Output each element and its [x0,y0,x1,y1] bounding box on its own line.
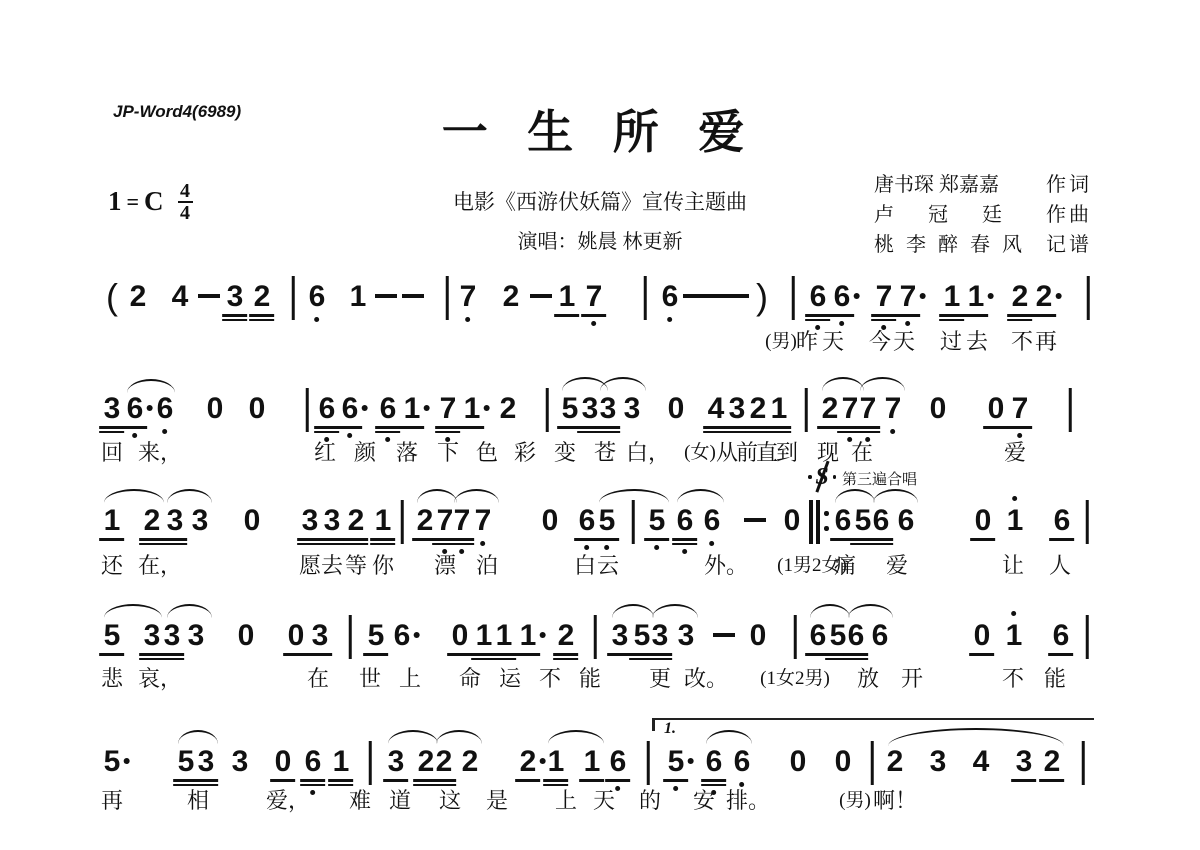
note-6: 6 [872,620,889,652]
note-digit: 4 [973,746,990,778]
note-digit: 3 [144,620,161,652]
note-digit: 6 [835,505,852,537]
note-digit: 1 [375,505,392,537]
note-0: 0 [249,393,266,425]
note-digit: 3 [600,393,617,425]
lyric: 今 [869,329,891,355]
note-digit: 6 [834,281,851,313]
note-1: 1 [944,281,961,313]
note-3: 3 [104,393,121,425]
note-1: 1 [1006,620,1023,652]
note-6: 6 [873,505,890,537]
note-digit: 7 [437,505,454,537]
note-2: 2 [144,505,161,537]
low-octave-dot [891,429,896,434]
slur-tie-arc [873,489,918,503]
note-digit: 6 [579,505,596,537]
note-digit: 0 [784,505,801,537]
note-0: 0 [975,505,992,537]
note-1: 1 [559,281,576,313]
low-octave-dot [348,433,353,438]
lyric: 更 [649,666,671,692]
note-4: 4 [172,281,189,313]
note-digit: 1 [1007,505,1024,537]
underline-beam [806,314,831,317]
augmentation-dot [539,632,545,638]
note-2: 2 [558,620,575,652]
augmentation-dot [361,405,367,411]
lyric: 是 [486,788,508,814]
note-2: 2 [750,393,767,425]
underline-beam [544,784,569,787]
note-digit: 6 [810,281,827,313]
note-digit: 6 [810,620,827,652]
note-0: 0 [988,393,1005,425]
underline-beam [872,319,897,322]
note-digit: 2 [254,281,271,313]
note-digit: 6 [305,746,322,778]
barline [1086,615,1089,659]
underline-beam [223,314,248,317]
note-1: 1 [350,281,367,313]
underline-beam [223,319,248,322]
lyric: 相 [187,788,209,814]
low-octave-dot [710,541,715,546]
note-2: 2 [130,281,147,313]
note-2: 2 [418,746,435,778]
note-digit: 3 [104,393,121,425]
underline-beam [371,538,396,541]
underline-beam [872,314,897,317]
note-5: 5 [368,620,385,652]
note-6: 6 [706,746,723,778]
slur-tie-arc [810,604,850,618]
slur-tie-arc [436,730,482,744]
underline-beam [844,658,869,661]
lyric: 再 [1035,329,1057,355]
augmentation-dot [123,758,129,764]
barline [292,276,295,320]
barline [306,388,309,432]
underline-beam [376,426,401,429]
underline-beam [856,431,881,434]
lyric: 运 [499,666,521,692]
note-digit: 0 [974,620,991,652]
note-3: 3 [612,620,629,652]
barline [647,741,650,785]
lyric: 命 [459,666,481,692]
note-digit: 2 [750,393,767,425]
note-2: 2 [520,746,537,778]
underline-beam [100,431,125,434]
note-7: 7 [437,505,454,537]
low-octave-dot [481,541,486,546]
underline-beam [315,431,340,434]
underline-beam [673,538,698,541]
note-digit: 3 [312,620,329,652]
note-digit: 7 [440,393,457,425]
low-octave-dot [585,545,590,550]
lyric: 这 [439,788,461,814]
note-3: 3 [582,393,599,425]
slur-tie-arc [652,604,698,618]
note-digit: 1 [350,281,367,313]
note-digit: 7 [1012,393,1029,425]
note-digit: 6 [1054,505,1071,537]
note-digit: 2 [418,746,435,778]
lyric: 爱， [266,788,310,814]
underline-beam [767,431,792,434]
note-0: 0 [288,620,305,652]
underline-beam [806,319,831,322]
lyric: 天 [893,329,915,355]
underline-beam [284,653,309,656]
note-digit: 6 [873,505,890,537]
low-octave-dot [163,429,168,434]
note-6: 6 [835,505,852,537]
note-2: 2 [1012,281,1029,313]
underline-beam [432,779,457,782]
lyric: 改。 [684,666,728,692]
lyric: 天 [593,788,615,814]
note-3: 3 [188,620,205,652]
underline-beam [1012,779,1037,782]
repeat-bar [816,500,820,544]
note-digit: 0 [975,505,992,537]
note-digit: 6 [342,393,359,425]
lyric: 还 [101,553,123,579]
underline-beam [544,779,569,782]
slur-tie-arc [167,604,212,618]
note-5: 5 [178,746,195,778]
note-5: 5 [668,746,685,778]
barline [369,741,372,785]
note-digit: 3 [232,746,249,778]
lyric: 能 [579,666,601,692]
slur-tie-arc [127,379,175,393]
slur-tie-arc [600,377,646,391]
lyric: 在， [138,553,182,579]
note-digit: 3 [930,746,947,778]
lyric: 上 [399,666,421,692]
voice-marker: (1女2男) [760,666,830,692]
augmentation-dot [687,758,693,764]
lyric: 上 [555,788,577,814]
note-4: 4 [708,393,725,425]
barline [644,276,647,320]
underline-beam [555,314,580,317]
note-2: 2 [503,281,520,313]
note-6: 6 [1054,505,1071,537]
underline-beam [554,658,579,661]
note-6: 6 [579,505,596,537]
note-digit: 2 [520,746,537,778]
voice-marker: (男) [839,788,871,814]
lyric: 回 [101,440,123,466]
note-digit: 6 [848,620,865,652]
underline-beam [329,779,354,782]
note-6: 6 [662,281,679,313]
note-digit: 4 [708,393,725,425]
note-digit: 6 [127,393,144,425]
note-digit: 2 [503,281,520,313]
note-digit: 3 [302,505,319,537]
note-digit: 0 [750,620,767,652]
note-2: 2 [1044,746,1061,778]
underline-beam [1040,779,1065,782]
lyric: 不 [539,666,561,692]
voice-marker: (男) [765,329,797,355]
note-5: 5 [104,746,121,778]
note-2: 2 [462,746,479,778]
low-octave-dot [133,433,138,438]
note-2: 2 [348,505,365,537]
slur-tie-arc [677,489,724,503]
note-7: 7 [1012,393,1029,425]
note-digit: 7 [842,393,859,425]
underline-beam [436,431,461,434]
note-7: 7 [460,281,477,313]
note-5: 5 [855,505,872,537]
barline [1087,276,1090,320]
underline-beam [596,431,621,434]
note-digit: 1 [548,746,565,778]
note-3: 3 [192,505,209,537]
underline-beam [160,658,185,661]
note-digit: 5 [178,746,195,778]
note-digit: 1 [771,393,788,425]
note-digit: 0 [668,393,685,425]
note-6: 6 [342,393,359,425]
note-1: 1 [968,281,985,313]
lyric: 在 [851,440,873,466]
note-digit: 6 [380,393,397,425]
underline-beam [123,426,148,429]
barline [446,276,449,320]
lyric: 白， [626,440,670,466]
low-octave-dot [906,321,911,326]
note-digit: 2 [887,746,904,778]
note-digit: 0 [207,393,224,425]
note-1: 1 [104,505,121,537]
low-octave-dot [655,545,660,550]
underline-beam [301,784,326,787]
note-5: 5 [649,505,666,537]
underline-beam [856,426,881,429]
note-digit: 7 [454,505,471,537]
barline [1082,741,1085,785]
volta-label: 1. [664,720,676,738]
underline-beam [100,538,125,541]
note-digit: 5 [634,620,651,652]
parenthesis-close: ) [756,278,768,316]
note-digit: 6 [662,281,679,313]
lyric: 不 [1011,329,1033,355]
note-3: 3 [678,620,695,652]
underline-beam [460,426,485,429]
underline-beam [844,653,869,656]
note-digit: 0 [790,746,807,778]
lyric: 天 [822,329,844,355]
lyric: 红 [314,440,336,466]
repeat-dot [824,511,829,516]
underline-beam [1008,314,1033,317]
note-2: 2 [254,281,271,313]
augmentation-dot [987,293,993,299]
lyric: 的 [639,788,661,814]
note-digit: 3 [164,620,181,652]
low-octave-dot [740,782,745,787]
note-7: 7 [475,505,492,537]
note-digit: 5 [562,393,579,425]
note-0: 0 [784,505,801,537]
underline-beam [320,543,345,546]
note-digit: 2 [1044,746,1061,778]
note-digit: 1 [1006,620,1023,652]
note-6: 6 [610,746,627,778]
note-digit: 1 [404,393,421,425]
note-3: 3 [624,393,641,425]
note-digit: 6 [157,393,174,425]
note-digit: 1 [333,746,350,778]
note-3: 3 [302,505,319,537]
high-octave-dot [1013,496,1018,501]
note-digit: 0 [288,620,305,652]
note-1: 1 [375,505,392,537]
augmentation-dot [423,405,429,411]
underline-beam [1008,319,1033,322]
note-0: 0 [207,393,224,425]
lyric: 让 [1002,553,1024,579]
slur-tie-arc [822,377,864,391]
note-digit: 1 [968,281,985,313]
note-digit: 6 [610,746,627,778]
underline-beam [194,784,219,787]
lyric: 悲 [101,666,123,692]
underline-beam [338,426,363,429]
low-octave-dot [315,317,320,322]
lyric: 放 [857,666,879,692]
underline-beam [140,538,165,541]
note-digit: 1 [496,620,513,652]
note-2: 2 [436,746,453,778]
underline-beam [450,538,475,541]
note-6: 6 [834,281,851,313]
duration-dash [727,294,749,298]
underline-beam [516,779,541,782]
barline [792,276,795,320]
lyric: 色 [476,440,498,466]
underline-beam [315,426,340,429]
note-2: 2 [500,393,517,425]
note-5: 5 [104,620,121,652]
note-digit: 7 [860,393,877,425]
underline-beam [344,538,369,541]
note-2: 2 [822,393,839,425]
note-3: 3 [652,620,669,652]
note-0: 0 [974,620,991,652]
note-5: 5 [562,393,579,425]
lyric: 人 [1049,553,1071,579]
note-digit: 2 [822,393,839,425]
lyric: 等 [345,553,367,579]
note-3: 3 [232,746,249,778]
underline-beam [432,784,457,787]
note-digit: 3 [227,281,244,313]
note-1: 1 [476,620,493,652]
augmentation-dot [539,758,545,764]
lyric: 到 [776,440,798,466]
low-octave-dot [605,545,610,550]
note-7: 7 [860,393,877,425]
lyric: 开 [901,666,923,692]
note-digit: 7 [460,281,477,313]
note-digit: 6 [394,620,411,652]
low-octave-dot [668,317,673,322]
slur-tie-arc [599,489,669,503]
augmentation-dot [413,632,419,638]
slur-tie-arc [104,489,164,503]
barline [546,388,549,432]
underline-beam [308,653,333,656]
note-7: 7 [440,393,457,425]
underline-beam [971,538,996,541]
barline [805,388,808,432]
note-6: 6 [734,746,751,778]
augmentation-dot [483,405,489,411]
segno-dot [833,475,837,479]
note-digit: 3 [324,505,341,537]
note-0: 0 [668,393,685,425]
note-digit: 6 [319,393,336,425]
slur-tie-arc [388,730,438,744]
lyric: 在 [307,666,329,692]
low-octave-dot [616,786,621,791]
underline-beam [436,426,461,429]
note-digit: 5 [855,505,872,537]
note-6: 6 [394,620,411,652]
barline [594,615,597,659]
slur-tie-arc [835,489,875,503]
low-octave-dot [311,790,316,795]
underline-beam [596,426,621,429]
note-digit: 2 [144,505,161,537]
low-octave-dot [460,549,465,554]
underline-beam [163,543,188,546]
note-0: 0 [452,620,469,652]
volta-bracket-1: 1. [652,718,1094,734]
lyric: 再 [101,788,123,814]
note-digit: 2 [436,746,453,778]
note-digit: 1 [104,505,121,537]
segno-s: S [815,465,828,489]
note-2: 2 [1036,281,1053,313]
note-digit: 1 [476,620,493,652]
barline [401,500,404,544]
lyric: 外。 [704,553,748,579]
lyric: 漂 [434,553,456,579]
note-7: 7 [842,393,859,425]
barline [871,741,874,785]
note-3: 3 [388,746,405,778]
note-digit: 7 [885,393,902,425]
underline-beam [767,426,792,429]
note-digit: 7 [876,281,893,313]
lyric: 道 [389,788,411,814]
duration-dash [705,294,727,298]
underline-beam [163,538,188,541]
note-5: 5 [830,620,847,652]
